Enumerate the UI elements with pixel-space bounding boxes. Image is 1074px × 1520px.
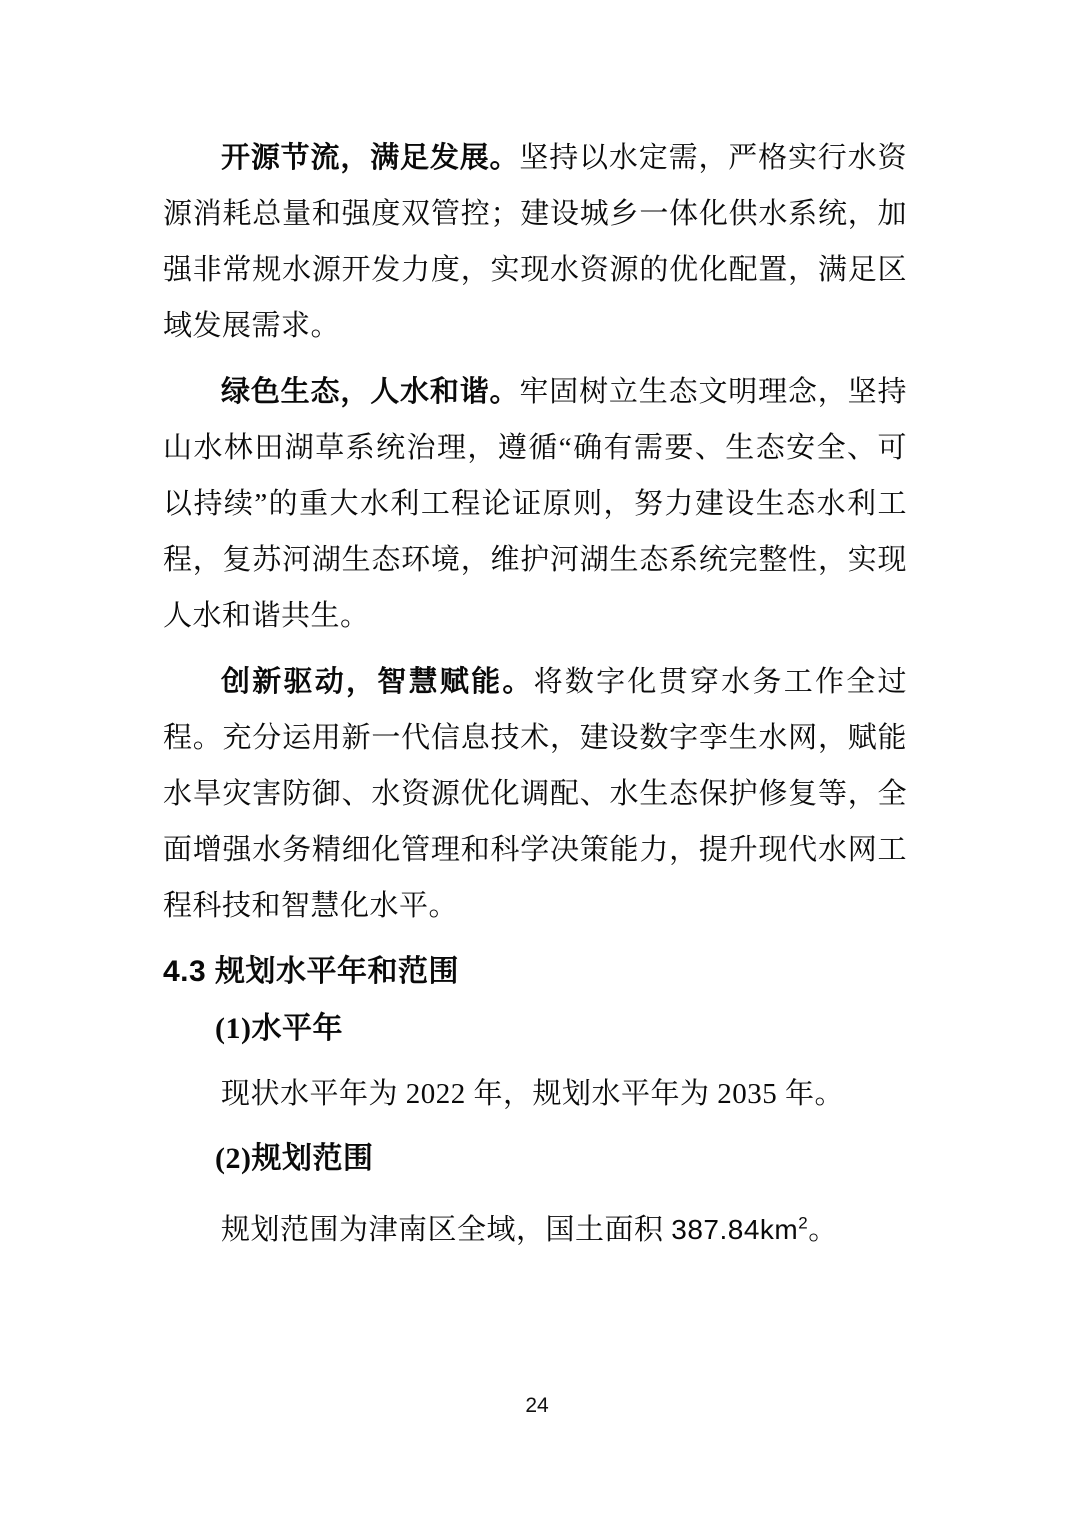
level-year-text: 现状水平年为 2022 年，规划水平年为 2035 年。 xyxy=(163,1066,907,1122)
area-value: 387.84km xyxy=(671,1214,798,1245)
section-heading: 4.3 规划水平年和范围 xyxy=(163,944,907,1000)
paragraph: 绿色生态，人水和谐。牢固树立生态文明理念，坚持山水林田湖草系统治理，遵循“确有需… xyxy=(163,364,907,644)
paragraph-lead: 开源节流，满足发展。 xyxy=(221,142,519,174)
subheading-level-year: (1)水平年 xyxy=(163,1000,907,1058)
page-content: 开源节流，满足发展。坚持以水定需，严格实行水资源消耗总量和强度双管控；建设城乡一… xyxy=(163,130,907,1258)
area-superscript: 2 xyxy=(798,1213,808,1232)
paragraph-body: 牢固树立生态文明理念，坚持山水林田湖草系统治理，遵循“确有需要、生态安全、可以持… xyxy=(163,376,907,632)
planning-scope-text: 规划范围为津南区全域，国土面积 387.84km2。 xyxy=(163,1202,907,1258)
paragraph-lead: 创新驱动，智慧赋能。 xyxy=(221,666,534,698)
subheading-planning-scope: (2)规划范围 xyxy=(163,1130,907,1188)
paragraph-lead: 绿色生态，人水和谐。 xyxy=(221,376,519,408)
paragraph: 创新驱动，智慧赋能。将数字化贯穿水务工作全过程。充分运用新一代信息技术，建设数字… xyxy=(163,654,907,934)
paragraph-body: 将数字化贯穿水务工作全过程。充分运用新一代信息技术，建设数字孪生水网，赋能水旱灾… xyxy=(163,666,907,922)
scope-text-suffix: 。 xyxy=(808,1214,838,1246)
scope-text-prefix: 规划范围为津南区全域，国土面积 xyxy=(221,1214,671,1246)
document-page: 开源节流，满足发展。坚持以水定需，严格实行水资源消耗总量和强度双管控；建设城乡一… xyxy=(0,0,1074,1520)
page-number: 24 xyxy=(0,1394,1074,1418)
paragraph: 开源节流，满足发展。坚持以水定需，严格实行水资源消耗总量和强度双管控；建设城乡一… xyxy=(163,130,907,354)
